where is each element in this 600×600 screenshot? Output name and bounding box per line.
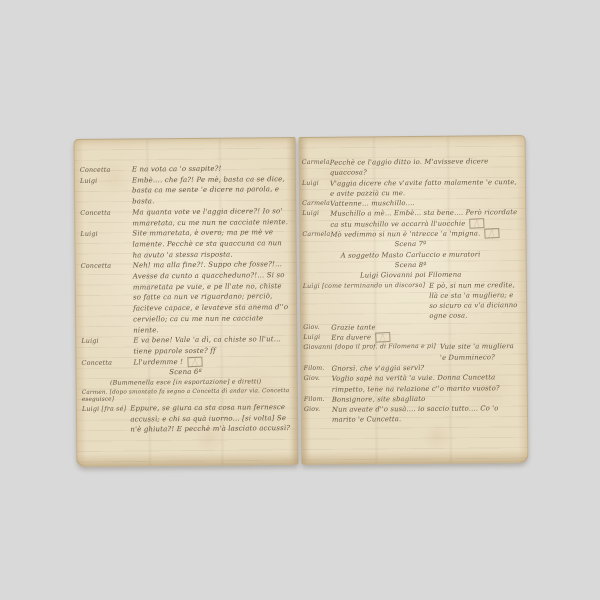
margin-annotation-box bbox=[469, 218, 484, 229]
speaker-label: Luigi bbox=[80, 175, 132, 186]
speaker-label: Luigi bbox=[80, 229, 132, 240]
line-text: Nun aveate d''o susà.... io saccio tutto… bbox=[332, 403, 520, 425]
left-page: ConcettaE na vota ca 'o ssapite?!LuigiEm… bbox=[74, 137, 299, 467]
line-text: Scena 8ª bbox=[395, 260, 427, 271]
speaker-label: Filom. bbox=[304, 364, 332, 375]
line-text: Ma quanta vote ve l'aggia dicere?! Io so… bbox=[132, 206, 288, 229]
manuscript-line: LuigiV'aggia dicere che v'avite fatto ma… bbox=[302, 177, 518, 199]
manuscript-line: LuigiMuschillo a mè... Embè... sta bene.… bbox=[302, 208, 518, 230]
speaker-label: Luigi bbox=[303, 333, 331, 344]
speaker-label: Luigi [fra sé] bbox=[82, 404, 126, 415]
line-text: E pò, si nun me credite, llà ce sta 'a m… bbox=[429, 280, 519, 322]
speaker-label: Luigi bbox=[81, 336, 133, 347]
speaker-label: Carmela bbox=[302, 158, 330, 169]
speaker-label: Giovanni [dopo il prof. di Filomena e pì… bbox=[303, 342, 436, 353]
manuscript-line: Luigi [fra sé]Eppure, se giura ca sta co… bbox=[82, 402, 290, 436]
line-text: V'aggia dicere che v'avite fatto malamen… bbox=[330, 177, 518, 199]
manuscript-line: ConcettaMa quanta vote ve l'aggia dicere… bbox=[80, 206, 288, 229]
margin-annotation-box bbox=[375, 332, 390, 343]
speaker-label: Concetta bbox=[81, 261, 133, 272]
line-text: A soggetto Masto Carluccio e muratori bbox=[341, 249, 481, 261]
manuscript-line: LuigiEmbè.... che fa?! Pe mè, basta ca s… bbox=[80, 174, 288, 208]
photo-background: ConcettaE na vota ca 'o ssapite?!LuigiEm… bbox=[0, 0, 600, 600]
line-text: Embè.... che fa?! Pe mè, basta ca se dic… bbox=[132, 174, 288, 207]
speaker-label: Giov. bbox=[304, 405, 332, 416]
speaker-label: Concetta bbox=[80, 207, 132, 218]
manuscript-line: Giov.Voglio sapè na verità 'a vuie. Donn… bbox=[304, 372, 520, 394]
line-text: Vuie site 'a mugliera 'e Dummineco? bbox=[440, 341, 520, 362]
margin-annotation-box bbox=[187, 356, 202, 367]
manuscript-notebook: ConcettaE na vota ca 'o ssapite?!LuigiEm… bbox=[74, 135, 529, 467]
line-text: E va bene! Vale 'a dì, ca chiste so ll'u… bbox=[133, 334, 289, 357]
speaker-label: Giov. bbox=[304, 374, 332, 385]
manuscript-line: Giov.Nun aveate d''o susà.... io saccio … bbox=[304, 403, 520, 425]
left-page-content: ConcettaE na vota ca 'o ssapite?!LuigiEm… bbox=[75, 138, 298, 466]
manuscript-line: ConcettaNeh! ma alla fine?!. Suppo che f… bbox=[81, 259, 290, 336]
line-text: Muschillo a mè... Embè... sta bene.... P… bbox=[330, 208, 518, 230]
right-page-content: CarmelaPecchè ce l'aggio ditto io. M'avi… bbox=[300, 136, 528, 464]
manuscript-line: LuigiE va bene! Vale 'a dì, ca chiste so… bbox=[81, 334, 289, 357]
manuscript-line: LuigiSite mmaretata, è overo; ma pe mè v… bbox=[80, 227, 288, 261]
manuscript-line: CarmelaPecchè ce l'aggio ditto io. M'avi… bbox=[302, 156, 518, 178]
line-text: Site mmaretata, è overo; ma pe mè ve lam… bbox=[132, 227, 288, 260]
speaker-label: Concetta bbox=[81, 357, 133, 368]
manuscript-line: Giovanni [dopo il prof. di Filomena e pì… bbox=[303, 341, 519, 363]
speaker-label: Luigi bbox=[302, 209, 330, 220]
line-text: Scena 7ª bbox=[395, 239, 427, 250]
speaker-label: Luigi bbox=[302, 178, 330, 189]
speaker-label: Luigi [come terminando un discorso] bbox=[303, 280, 425, 291]
line-text: Voglio sapè na verità 'a vuie. Donna Cun… bbox=[332, 372, 520, 394]
right-page: CarmelaPecchè ce l'aggio ditto io. M'avi… bbox=[299, 135, 529, 465]
margin-annotation-box bbox=[484, 228, 499, 239]
speaker-label: Carmela bbox=[302, 230, 330, 241]
line-text: Ll'urdemme ! bbox=[133, 356, 289, 368]
line-text: Pecchè ce l'aggio ditto io. M'avisseve d… bbox=[330, 156, 518, 178]
line-text: Scena 6ª bbox=[169, 367, 202, 378]
manuscript-line: Luigi [come terminando un discorso]E pò,… bbox=[303, 280, 519, 323]
line-text: Eppure, se giura ca sta cosa nun fernesc… bbox=[130, 402, 290, 436]
speaker-label: Filom. bbox=[304, 395, 332, 406]
line-text: Neh! ma alla fine?!. Suppo che fosse?!..… bbox=[133, 259, 290, 335]
speaker-label: Carmela bbox=[302, 199, 330, 210]
speaker-label: Giov. bbox=[303, 322, 331, 333]
speaker-label: Concetta bbox=[80, 164, 132, 175]
